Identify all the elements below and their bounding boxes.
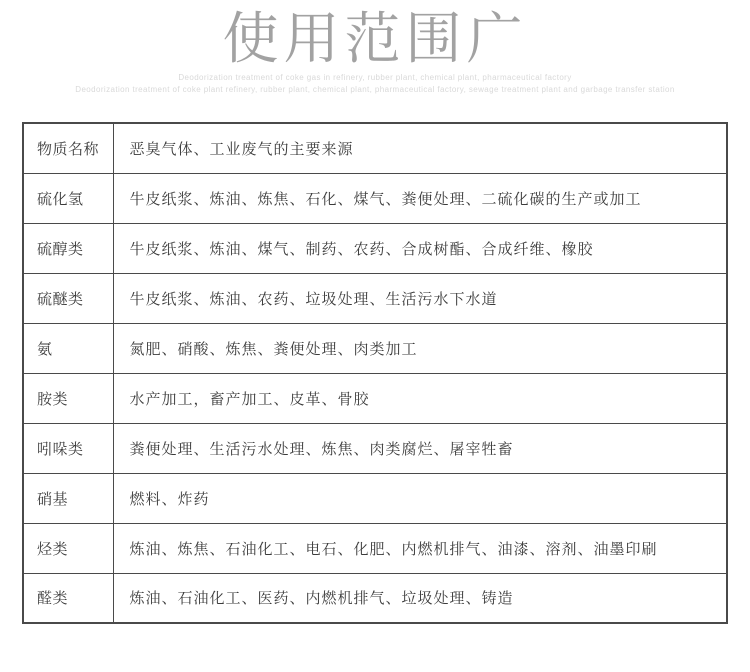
sources-cell: 牛皮纸浆、炼油、炼焦、石化、煤气、粪便处理、二硫化碳的生产或加工	[113, 173, 727, 223]
table-row: 吲哚类 粪便处理、生活污水处理、炼焦、肉类腐烂、屠宰牲畜	[23, 423, 727, 473]
page: 使用范围广 Deodorization treatment of coke ga…	[0, 0, 750, 672]
substance-name-cell: 胺类	[23, 373, 113, 423]
sources-cell: 牛皮纸浆、炼油、农药、垃圾处理、生活污水下水道	[113, 273, 727, 323]
subtitle-line-2: Deodorization treatment of coke plant re…	[0, 85, 750, 95]
substance-name-cell: 物质名称	[23, 123, 113, 173]
sources-cell: 水产加工，畜产加工、皮革、骨胶	[113, 373, 727, 423]
table-row-header: 物质名称 恶臭气体、工业废气的主要来源	[23, 123, 727, 173]
table-row: 硫醇类 牛皮纸浆、炼油、煤气、制药、农药、合成树酯、合成纤维、橡胶	[23, 223, 727, 273]
substance-name-cell: 醛类	[23, 573, 113, 623]
sources-cell: 牛皮纸浆、炼油、煤气、制药、农药、合成树酯、合成纤维、橡胶	[113, 223, 727, 273]
substance-table-container: 物质名称 恶臭气体、工业废气的主要来源 硫化氢 牛皮纸浆、炼油、炼焦、石化、煤气…	[22, 122, 728, 624]
table-row: 硝基 燃料、炸药	[23, 473, 727, 523]
substance-table-body: 物质名称 恶臭气体、工业废气的主要来源 硫化氢 牛皮纸浆、炼油、炼焦、石化、煤气…	[23, 123, 727, 623]
sources-cell: 氮肥、硝酸、炼焦、粪便处理、肉类加工	[113, 323, 727, 373]
sources-cell: 粪便处理、生活污水处理、炼焦、肉类腐烂、屠宰牲畜	[113, 423, 727, 473]
substance-name-cell: 硝基	[23, 473, 113, 523]
table-row: 烃类 炼油、炼焦、石油化工、电石、化肥、内燃机排气、油漆、溶剂、油墨印刷	[23, 523, 727, 573]
substance-name-cell: 硫醚类	[23, 273, 113, 323]
sources-cell: 炼油、石油化工、医药、内燃机排气、垃圾处理、铸造	[113, 573, 727, 623]
page-title: 使用范围广	[0, 8, 750, 70]
substance-table: 物质名称 恶臭气体、工业废气的主要来源 硫化氢 牛皮纸浆、炼油、炼焦、石化、煤气…	[22, 122, 728, 624]
table-row: 醛类 炼油、石油化工、医药、内燃机排气、垃圾处理、铸造	[23, 573, 727, 623]
substance-name-cell: 烃类	[23, 523, 113, 573]
substance-name-cell: 硫醇类	[23, 223, 113, 273]
table-row: 胺类 水产加工，畜产加工、皮革、骨胶	[23, 373, 727, 423]
sources-cell: 恶臭气体、工业废气的主要来源	[113, 123, 727, 173]
table-row: 氨 氮肥、硝酸、炼焦、粪便处理、肉类加工	[23, 323, 727, 373]
sources-cell: 燃料、炸药	[113, 473, 727, 523]
sources-cell: 炼油、炼焦、石油化工、电石、化肥、内燃机排气、油漆、溶剂、油墨印刷	[113, 523, 727, 573]
table-row: 硫醚类 牛皮纸浆、炼油、农药、垃圾处理、生活污水下水道	[23, 273, 727, 323]
substance-name-cell: 硫化氢	[23, 173, 113, 223]
substance-name-cell: 氨	[23, 323, 113, 373]
table-row: 硫化氢 牛皮纸浆、炼油、炼焦、石化、煤气、粪便处理、二硫化碳的生产或加工	[23, 173, 727, 223]
substance-name-cell: 吲哚类	[23, 423, 113, 473]
subtitle-line-1: Deodorization treatment of coke gas in r…	[0, 73, 750, 83]
